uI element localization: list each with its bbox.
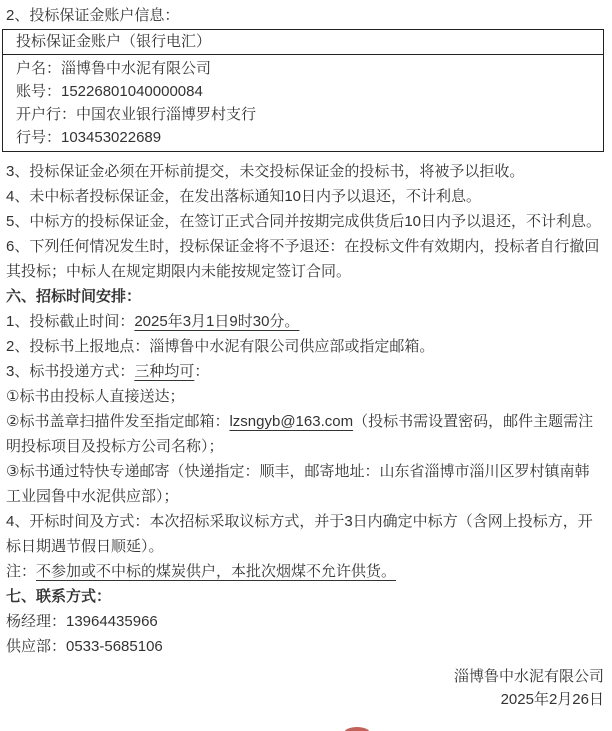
contact-section-heading: 七、联系方式： <box>6 584 604 609</box>
deposit-term-6: 6、下列任何情况发生时，投标保证金将不予退还：在投标文件有效期内，投标者自行撤回… <box>6 234 604 284</box>
schedule-note: 注：不参加或不中标的煤炭供户，本批次烟煤不允许供货。 <box>6 559 604 584</box>
account-number: 账号：15226801040000084 <box>16 80 603 103</box>
bank-code: 行号：103453022689 <box>16 126 603 149</box>
delivery-option-1: ①标书由投标人直接送达； <box>6 384 604 409</box>
delivery-option-3: ③标书通过特快专递邮寄（快递指定：顺丰，邮寄地址：山东省淄博市淄川区罗村镇南韩工… <box>6 459 604 509</box>
signature-block: 淄博鲁中水泥有限公司 2025年2月26日 <box>6 665 604 711</box>
delivery-methods-value: 三种均可 <box>134 363 194 380</box>
delivery-option-2: ②标书盖章扫描件发至指定邮箱：lzsngyb@163.com（投标书需设置密码，… <box>6 409 604 459</box>
contact-manager-phone: 杨经理：13964435966 <box>6 609 604 634</box>
deposit-term-5: 5、中标方的投标保证金，在签订正式合同并按期完成供货后10日内予以退还，不计利息… <box>6 209 604 234</box>
deposit-account-heading: 2、投标保证金账户信息： <box>6 5 604 26</box>
account-table-header: 投标保证金账户（银行电汇） <box>3 30 604 55</box>
contact-supply-dept-phone: 供应部：0533-5685106 <box>6 634 604 659</box>
bank-branch: 开户行：中国农业银行淄博罗村支行 <box>16 103 603 126</box>
signature-date: 2025年2月26日 <box>6 688 604 711</box>
signature-company: 淄博鲁中水泥有限公司 <box>6 665 604 688</box>
deposit-term-4: 4、未中标者投标保证金，在发出落标通知10日内予以退还，不计利息。 <box>6 184 604 209</box>
spacer <box>6 152 604 159</box>
schedule-item-deadline: 1、投标截止时间：2025年3月1日9时30分。 <box>6 309 604 334</box>
schedule-item-opening: 4、开标时间及方式：本次招标采取议标方式，并于3日内确定中标方（含网上投标方，开… <box>6 509 604 559</box>
account-table-body: 户名：淄博鲁中水泥有限公司 账号：15226801040000084 开户行：中… <box>3 55 604 152</box>
account-holder-name: 户名：淄博鲁中水泥有限公司 <box>16 57 603 80</box>
schedule-item-submit-location: 2、投标书上报地点：淄博鲁中水泥有限公司供应部或指定邮箱。 <box>6 334 604 359</box>
email-option-label: ②标书盖章扫描件发至指定邮箱： <box>6 413 229 430</box>
account-table-header-row: 投标保证金账户（银行电汇） <box>3 30 604 55</box>
tender-document: 2、投标保证金账户信息： 投标保证金账户（银行电汇） 户名：淄博鲁中水泥有限公司… <box>0 0 612 711</box>
deadline-label: 1、投标截止时间： <box>6 313 134 330</box>
note-label: 注： <box>6 563 36 580</box>
deadline-value: 2025年3月1日9时30分。 <box>134 313 299 330</box>
delivery-methods-colon: ： <box>194 363 209 380</box>
red-seal-icon <box>344 727 370 731</box>
deposit-account-table: 投标保证金账户（银行电汇） 户名：淄博鲁中水泥有限公司 账号：152268010… <box>2 29 604 152</box>
delivery-methods-label: 3、标书投递方式： <box>6 363 134 380</box>
note-text: 不参加或不中标的煤炭供户，本批次烟煤不允许供货。 <box>36 563 396 580</box>
tender-email-address: lzsngyb@163.com <box>229 413 353 430</box>
schedule-section-heading: 六、招标时间安排： <box>6 284 604 309</box>
account-table-body-row: 户名：淄博鲁中水泥有限公司 账号：15226801040000084 开户行：中… <box>3 55 604 152</box>
schedule-item-delivery-methods: 3、标书投递方式：三种均可： <box>6 359 604 384</box>
deposit-term-3: 3、投标保证金必须在开标前提交，未交投标保证金的投标书，将被予以拒收。 <box>6 159 604 184</box>
